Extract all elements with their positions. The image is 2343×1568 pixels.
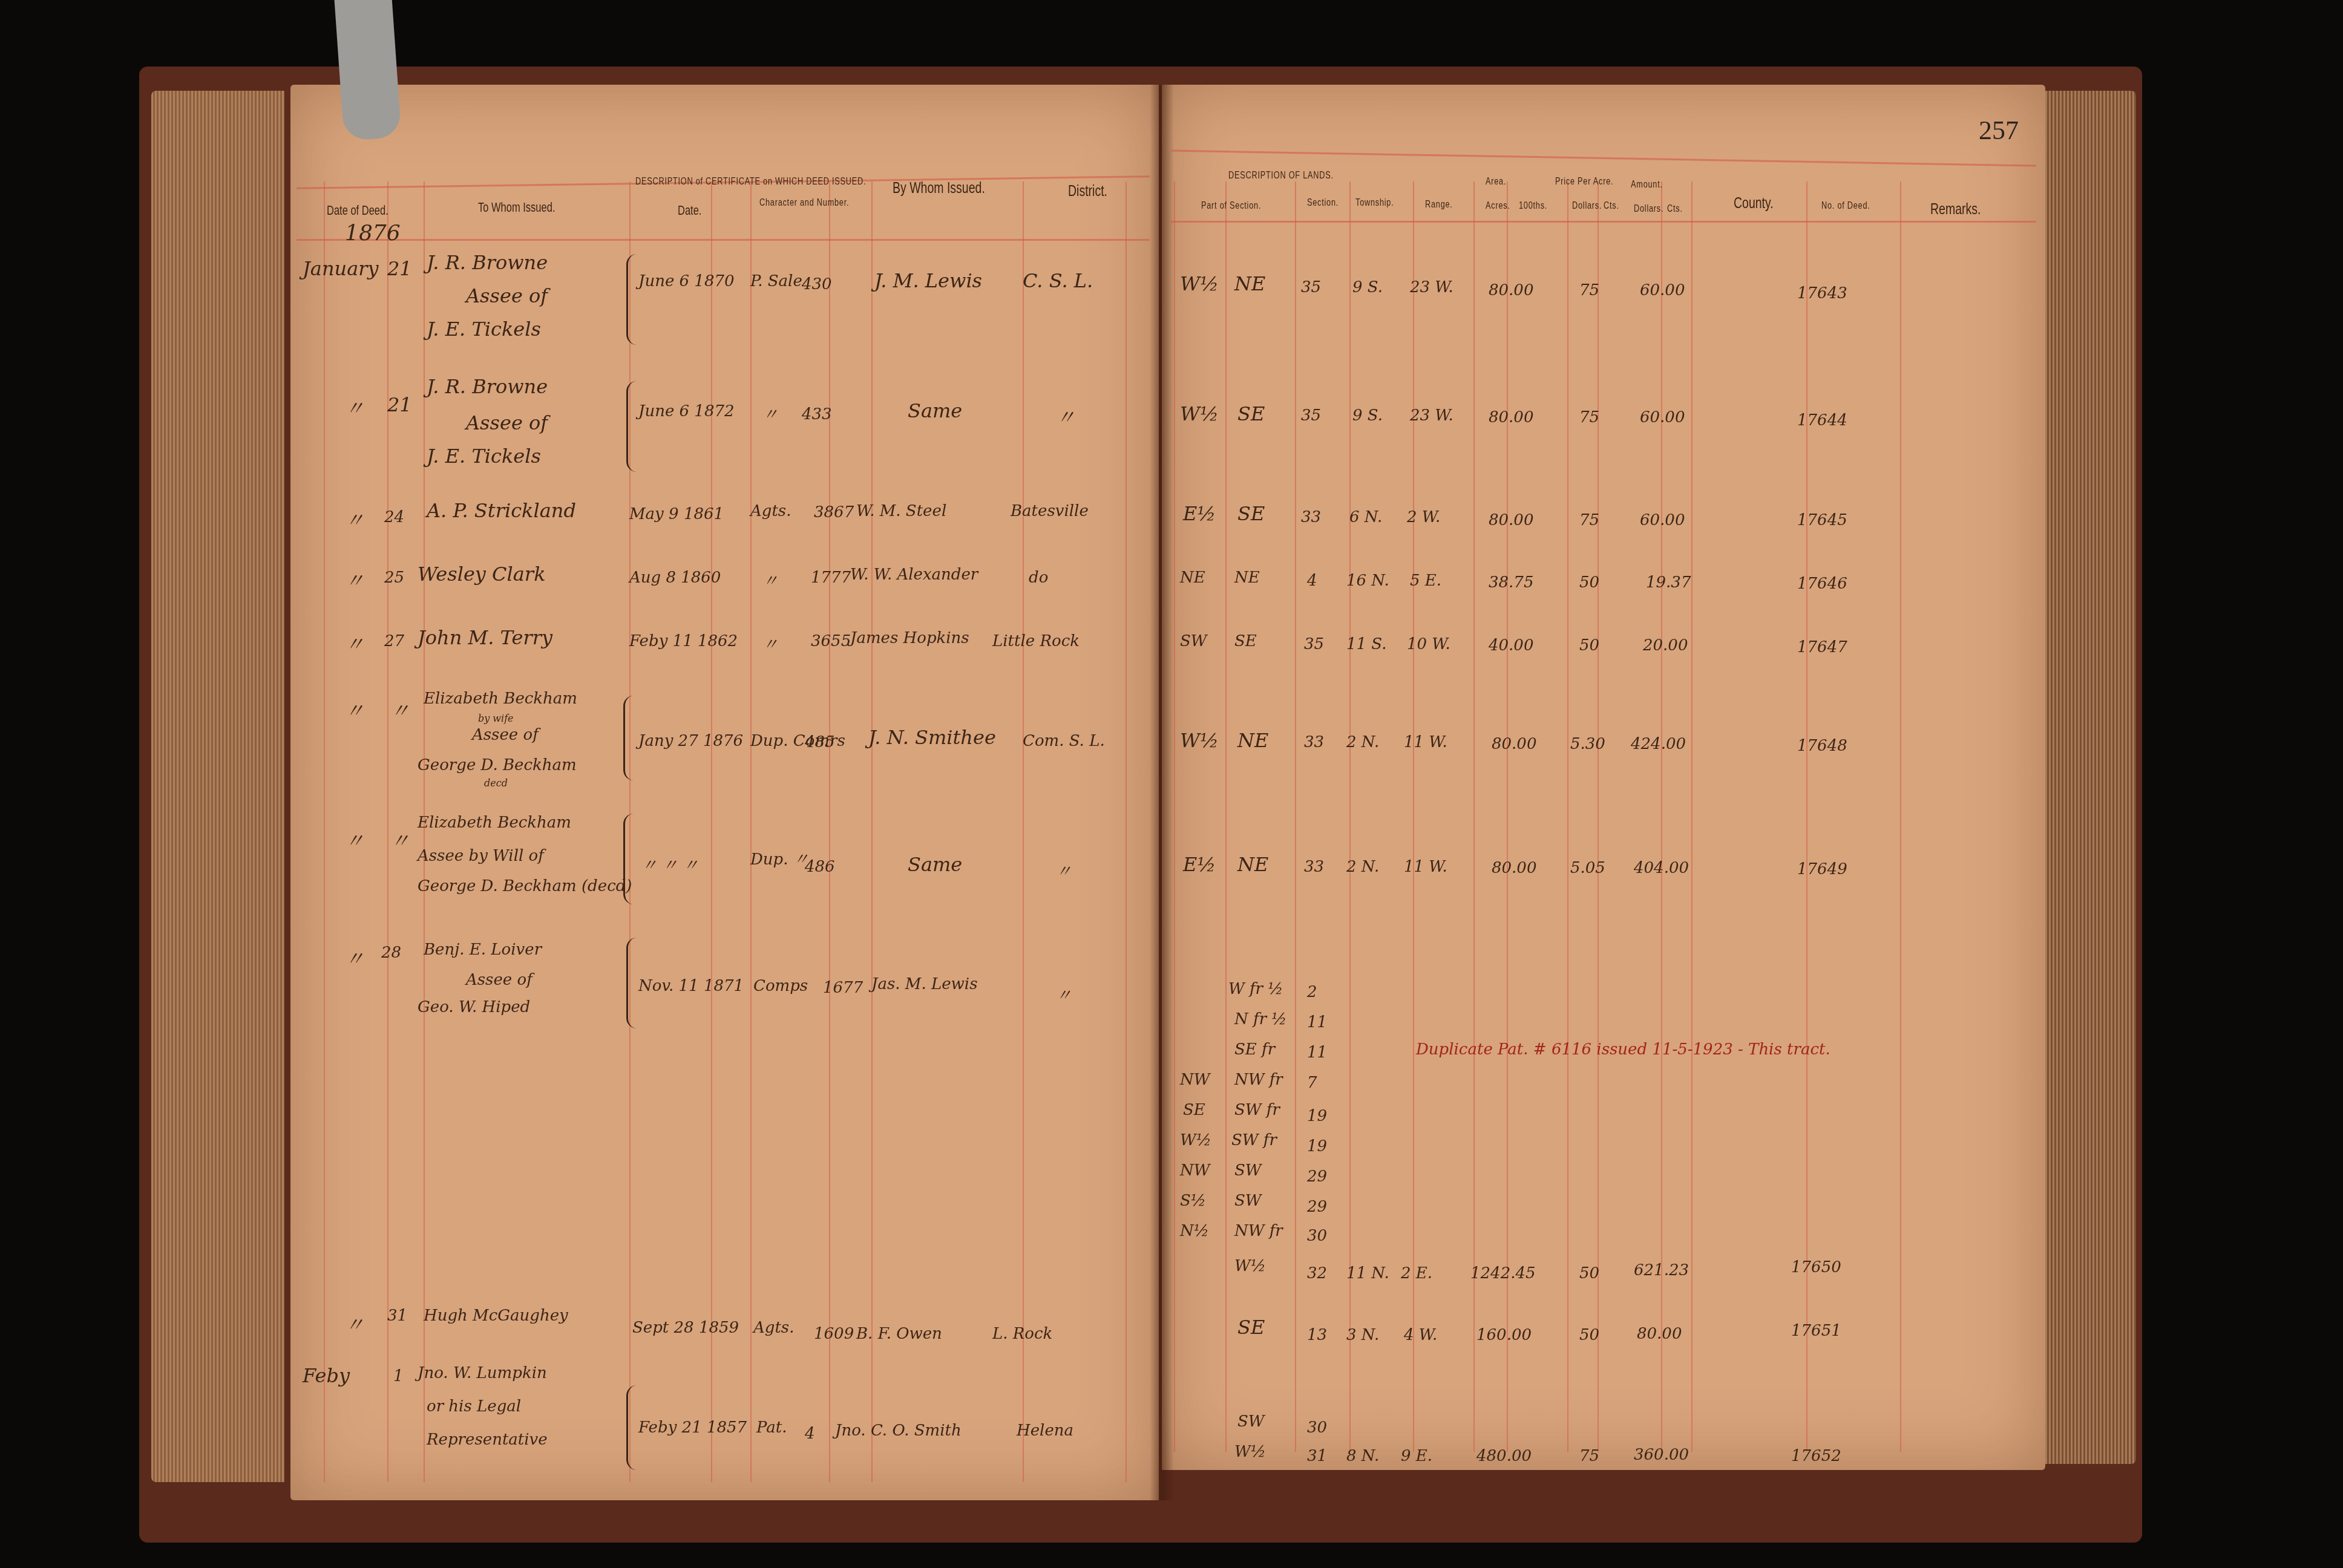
- header-lands-group: DESCRIPTION OF LANDS.: [1228, 169, 1334, 181]
- entry-acres: 80.00: [1489, 511, 1533, 529]
- entry-quarter: SE: [1237, 502, 1265, 525]
- entry-range: 11 W.: [1404, 733, 1447, 751]
- header-character-number: Character and Number.: [759, 197, 849, 209]
- entry-township: 9 S.: [1352, 407, 1383, 425]
- entry-amount: 20.00: [1643, 636, 1688, 655]
- tract-quarter: NW fr: [1234, 1071, 1283, 1089]
- tract-amount: 621.23: [1634, 1261, 1689, 1279]
- entry-price: 75: [1579, 281, 1599, 299]
- entry-grantee-line: J. E. Tickels: [427, 445, 541, 468]
- entry-range: 11 W.: [1404, 858, 1447, 876]
- tract-price: 75: [1579, 1447, 1599, 1465]
- entry-character: Pat.: [756, 1419, 787, 1437]
- col-line: [387, 181, 388, 1482]
- remark-red-note: Duplicate Pat. # 6116 issued 11-5-1923 -…: [1416, 1040, 1830, 1059]
- tract-section: 19: [1307, 1137, 1327, 1155]
- entry-grantee-line: A. P. Strickland: [427, 499, 576, 522]
- entry-grantee-line: or his Legal: [427, 1397, 521, 1416]
- entry-by-whom: W. W. Alexander: [850, 566, 978, 584]
- entry-price: 50: [1579, 1326, 1599, 1344]
- tract-quarter: N fr ½: [1234, 1010, 1287, 1028]
- entry-number: 1777: [811, 569, 851, 587]
- col-line: [1900, 181, 1901, 1452]
- tract-amount: 360.00: [1634, 1446, 1689, 1464]
- tract-quarter: SW fr: [1234, 1101, 1280, 1119]
- entry-cert-date: 〃 〃 〃: [641, 853, 699, 875]
- entry-district: L. Rock: [992, 1325, 1052, 1343]
- entry-number: 1609: [814, 1325, 854, 1343]
- tract-quarter: W fr ½: [1228, 980, 1283, 998]
- entry-number: 430: [802, 275, 832, 293]
- header-area-group: Area.: [1486, 175, 1506, 188]
- tract-acres: 1242.45: [1470, 1264, 1536, 1282]
- entry-grantee-line: Hugh McGaughey: [424, 1307, 568, 1325]
- entry-cert-date: Feby 11 1862: [629, 632, 738, 650]
- entry-range: 23 W.: [1410, 278, 1453, 296]
- entry-by-whom: W. M. Steel: [856, 502, 946, 520]
- tract-township: 8 N.: [1346, 1447, 1379, 1465]
- entry-deed-no: 17646: [1797, 575, 1847, 593]
- entry-number: 433: [802, 405, 832, 423]
- brace: [623, 696, 634, 780]
- tract-part: NW: [1180, 1161, 1210, 1180]
- entry-month: 〃: [345, 505, 364, 533]
- col-line: [324, 181, 325, 1482]
- tract-part: N½: [1180, 1222, 1209, 1240]
- entry-grantee-line: Assee of: [466, 284, 548, 307]
- entry-deed-no: 17651: [1791, 1322, 1841, 1340]
- header-price-cts: Cts.: [1604, 200, 1619, 212]
- entry-grantee-note: decd: [484, 777, 508, 789]
- entry-price: 50: [1579, 573, 1599, 592]
- entry-grantee-line: Assee of: [466, 971, 532, 989]
- entry-character: 〃: [762, 569, 778, 591]
- tract-range: 9 E.: [1401, 1447, 1432, 1465]
- tract-acres: 480.00: [1476, 1447, 1532, 1465]
- tract-quarter: SE fr: [1234, 1040, 1275, 1059]
- entry-district: 〃: [1056, 983, 1072, 1005]
- entry-grantee-line: J. E. Tickels: [427, 318, 541, 341]
- entry-by-whom: Same: [908, 399, 962, 422]
- entry-part: W½: [1180, 272, 1219, 295]
- tract-section: 31: [1307, 1447, 1327, 1465]
- tract-township: 11 N.: [1346, 1264, 1389, 1282]
- entry-day: 27: [384, 632, 404, 650]
- entry-quarter: SE: [1234, 632, 1257, 650]
- col-line: [1473, 181, 1475, 1452]
- tract-part: W½: [1180, 1131, 1211, 1149]
- entry-quarter: NE: [1234, 569, 1260, 587]
- entry-part: E½: [1183, 853, 1216, 876]
- col-line: [1597, 181, 1599, 1452]
- entry-grantee-line: John M. Terry: [418, 626, 552, 649]
- entry-grantee-line: Wesley Clark: [418, 563, 546, 586]
- entry-month: 〃: [345, 944, 364, 972]
- entry-cert-date: May 9 1861: [629, 505, 724, 523]
- entry-amount: 80.00: [1637, 1325, 1682, 1343]
- left-page: [290, 85, 1159, 1500]
- entry-acres: 80.00: [1489, 281, 1533, 299]
- brace: [623, 814, 634, 904]
- entry-cert-date: June 6 1870: [638, 272, 735, 290]
- entry-range: 5 E.: [1410, 572, 1441, 590]
- entry-district: Helena: [1017, 1422, 1073, 1440]
- entry-acres: 80.00: [1489, 408, 1533, 426]
- entry-district: Com. S. L.: [1023, 732, 1105, 750]
- entry-character: Dup. 〃: [750, 847, 809, 869]
- entry-character: Agts.: [750, 502, 791, 520]
- tract-quarter: SW: [1234, 1192, 1262, 1210]
- entry-grantee-line: Benj. E. Loiver: [424, 941, 542, 959]
- header-range: Range.: [1425, 198, 1453, 211]
- col-line: [1691, 181, 1693, 1452]
- entry-acres: 80.00: [1492, 859, 1536, 877]
- tract-price: 50: [1579, 1264, 1599, 1282]
- tract-part: NW: [1180, 1071, 1210, 1089]
- entry-section: 35: [1304, 635, 1324, 653]
- entry-amount: 60.00: [1640, 408, 1685, 426]
- entry-by-whom: Same: [908, 853, 962, 876]
- header-price-dollars: Dollars.: [1572, 200, 1602, 212]
- tract-quarter: SW: [1234, 1161, 1262, 1180]
- entry-character: 〃: [762, 632, 778, 655]
- entry-acres: 40.00: [1489, 636, 1533, 655]
- entry-township: 6 N.: [1349, 508, 1382, 526]
- entry-part: NE: [1180, 569, 1205, 587]
- entry-part: W½: [1180, 402, 1219, 425]
- entry-grantee-line: Representative: [427, 1431, 548, 1449]
- entry-day: 〃: [390, 696, 410, 724]
- entry-grantee-line: Assee by Will of: [418, 847, 544, 865]
- col-line: [1507, 181, 1508, 1452]
- entry-quarter: NE: [1237, 729, 1268, 752]
- entry-acres: 80.00: [1492, 735, 1536, 753]
- tract-quarter: NW fr: [1234, 1222, 1283, 1240]
- brace: [626, 254, 637, 345]
- entry-range: 10 W.: [1407, 635, 1450, 653]
- entry-amount: 424.00: [1631, 735, 1686, 753]
- entry-section: 35: [1301, 278, 1321, 296]
- entry-by-whom: B. F. Owen: [856, 1325, 942, 1343]
- entry-quarter: NE: [1237, 853, 1268, 876]
- entry-cert-date: Jany 27 1876: [638, 732, 743, 750]
- entry-by-whom: Jas. M. Lewis: [871, 975, 978, 993]
- entry-part: W½: [1180, 729, 1219, 752]
- col-line: [829, 181, 830, 1482]
- col-line: [1349, 181, 1351, 1452]
- entry-acres: 160.00: [1476, 1326, 1532, 1344]
- entry-district: Little Rock: [992, 632, 1080, 650]
- tract-section: 11: [1307, 1013, 1327, 1031]
- entry-price: 5.30: [1570, 735, 1605, 753]
- entry-month: 〃: [345, 566, 364, 593]
- entry-price: 5.05: [1570, 859, 1605, 877]
- entry-district: Batesville: [1011, 502, 1089, 520]
- header-part-of-section: Part of Section.: [1201, 200, 1261, 212]
- header-township: Township.: [1355, 197, 1394, 209]
- tract-range: 2 E.: [1401, 1264, 1432, 1282]
- entry-amount: 60.00: [1640, 281, 1685, 299]
- entry-grantee-line: J. R. Browne: [427, 375, 548, 398]
- entry-section: 33: [1304, 733, 1324, 751]
- entry-month: 〃: [345, 629, 364, 657]
- entry-by-whom: J. N. Smithee: [868, 726, 996, 749]
- entry-month: January: [303, 257, 379, 280]
- col-line: [871, 181, 873, 1482]
- tract-section: 32: [1307, 1264, 1327, 1282]
- entry-number: 3867: [814, 503, 854, 521]
- header-no-of-deed: No. of Deed.: [1821, 200, 1870, 212]
- header-hundredths: 100ths.: [1519, 200, 1547, 212]
- entry-amount: 19.37: [1646, 573, 1691, 592]
- tract-section: 7: [1307, 1074, 1317, 1092]
- col-line: [1413, 181, 1414, 1452]
- entry-month: 〃: [345, 696, 364, 724]
- entry-grantee-line: George D. Beckham (decd): [418, 877, 632, 895]
- header-section: Section.: [1307, 197, 1339, 209]
- brace: [626, 1385, 637, 1470]
- entry-township: 9 S.: [1352, 278, 1383, 296]
- entry-acres: 38.75: [1489, 573, 1533, 592]
- entry-grantee-line: Geo. W. Hiped: [418, 998, 530, 1016]
- entry-deed-no: 17650: [1791, 1258, 1841, 1276]
- tract-quarter: W½: [1234, 1257, 1266, 1275]
- entry-section: 4: [1307, 572, 1317, 590]
- entry-district: C. S. L.: [1023, 269, 1093, 292]
- header-district: District.: [1068, 181, 1107, 200]
- page-number: 257: [1979, 115, 2019, 146]
- page-edges-right: [2045, 91, 2136, 1464]
- entry-day: 21: [387, 257, 412, 280]
- header-certificate-group: DESCRIPTION of CERTIFICATE on WHICH DEED…: [635, 175, 866, 188]
- col-line: [750, 181, 752, 1482]
- entry-number: 3655: [811, 632, 851, 650]
- tract-part: SE: [1183, 1101, 1205, 1119]
- entry-grantee-line: George D. Beckham: [418, 756, 577, 774]
- entry-range: 2 W.: [1407, 508, 1440, 526]
- entry-deed-no: 17643: [1797, 284, 1847, 302]
- entry-quarter: SE: [1237, 402, 1265, 425]
- entry-quarter: NE: [1234, 272, 1265, 295]
- entry-cert-date: Nov. 11 1871: [638, 977, 744, 995]
- metal-bookmark: [333, 0, 401, 141]
- entry-day: 24: [384, 508, 404, 526]
- entry-township: 16 N.: [1346, 572, 1389, 590]
- book-gutter: [1150, 85, 1174, 1500]
- header-date-of-deed: Date of Deed.: [327, 203, 388, 218]
- entry-by-whom: Jno. C. O. Smith: [835, 1422, 962, 1440]
- brace: [626, 938, 637, 1028]
- entry-month: 〃: [345, 393, 364, 421]
- entry-cert-date: Feby 21 1857: [638, 1419, 747, 1437]
- header-amount-dollars: Dollars.: [1634, 203, 1663, 215]
- header-year: 1876: [345, 221, 401, 246]
- entry-quarter: SE: [1237, 1316, 1265, 1339]
- entry-month: 〃: [345, 826, 364, 854]
- entry-amount: 404.00: [1634, 859, 1689, 877]
- col-line: [1295, 181, 1296, 1452]
- entry-cert-date: Aug 8 1860: [629, 569, 721, 587]
- entry-deed-no: 17652: [1791, 1447, 1841, 1465]
- entry-grantee-line: Assee of: [466, 411, 548, 434]
- entry-by-whom: J. M. Lewis: [874, 269, 982, 292]
- right-page: [1162, 85, 2045, 1470]
- header-county: County.: [1734, 194, 1774, 212]
- entry-district: do: [1029, 569, 1048, 587]
- entry-deed-no: 17649: [1797, 860, 1847, 878]
- entry-number: 4: [805, 1425, 815, 1443]
- col-line: [424, 181, 425, 1482]
- col-line: [1567, 181, 1568, 1452]
- entry-deed-no: 17647: [1797, 638, 1847, 656]
- col-line: [711, 181, 712, 1482]
- tract-part: S½: [1180, 1192, 1206, 1210]
- tract-section: 29: [1307, 1168, 1327, 1186]
- entry-grantee-line: Elizabeth Beckham: [424, 690, 577, 708]
- entry-grantee-note: by wife: [478, 713, 514, 724]
- header-remarks: Remarks.: [1930, 200, 1981, 218]
- header-amount-group: Amount.: [1631, 178, 1663, 191]
- brace: [626, 381, 637, 472]
- entry-deed-no: 17648: [1797, 737, 1847, 755]
- tract-section: 2: [1307, 983, 1317, 1001]
- entry-number: 485: [805, 733, 835, 751]
- entry-part: E½: [1183, 502, 1216, 525]
- entry-month: 〃: [345, 1310, 364, 1338]
- page-edges-left: [151, 91, 284, 1482]
- entry-amount: 60.00: [1640, 511, 1685, 529]
- tract-section: 19: [1307, 1107, 1327, 1125]
- entry-range: 23 W.: [1410, 407, 1453, 425]
- header-bottom-rule-right: [1171, 221, 2036, 223]
- entry-grantee-line: Jno. W. Lumpkin: [418, 1364, 547, 1382]
- entry-section: 13: [1307, 1326, 1327, 1344]
- entry-character: Agts.: [753, 1319, 794, 1337]
- entry-range: 4 W.: [1404, 1326, 1437, 1344]
- tract-quarter: SW fr: [1231, 1131, 1277, 1149]
- entry-township: 3 N.: [1346, 1326, 1379, 1344]
- entry-cert-date: Sept 28 1859: [632, 1319, 739, 1337]
- entry-character: Comps: [753, 977, 808, 995]
- tract-section: 30: [1307, 1419, 1327, 1437]
- entry-grantee-line: Assee of: [472, 726, 539, 744]
- entry-day: 31: [387, 1307, 407, 1325]
- header-by-whom-issued: By Whom Issued.: [893, 178, 985, 197]
- entry-price: 50: [1579, 636, 1599, 655]
- entry-township: 2 N.: [1346, 733, 1379, 751]
- tract-quarter: W½: [1234, 1443, 1266, 1461]
- tract-quarter: SW: [1237, 1413, 1265, 1431]
- header-cert-date: Date.: [678, 203, 701, 218]
- entry-township: 11 S.: [1346, 635, 1387, 653]
- tract-section: 29: [1307, 1198, 1327, 1216]
- entry-day: 25: [384, 569, 404, 587]
- entry-section: 33: [1304, 858, 1324, 876]
- entry-number: 1677: [823, 979, 863, 997]
- header-amount-cts: Cts.: [1667, 203, 1683, 215]
- col-line: [1225, 181, 1227, 1452]
- entry-section: 33: [1301, 508, 1321, 526]
- entry-character: 〃: [762, 402, 778, 425]
- entry-cert-date: June 6 1872: [638, 402, 735, 420]
- entry-section: 35: [1301, 407, 1321, 425]
- entry-part: SW: [1180, 632, 1207, 650]
- entry-by-whom: James Hopkins: [850, 629, 969, 647]
- entry-district: 〃: [1056, 859, 1072, 881]
- entry-day: 21: [387, 393, 412, 416]
- entry-number: 486: [805, 858, 835, 876]
- col-line: [1023, 181, 1024, 1482]
- col-line: [1126, 181, 1127, 1482]
- tract-section: 11: [1307, 1044, 1327, 1062]
- header-acres: Acres.: [1486, 200, 1510, 212]
- entry-deed-no: 17644: [1797, 411, 1847, 430]
- header-price-group: Price Per Acre.: [1555, 175, 1613, 188]
- col-line: [1174, 181, 1175, 1452]
- entry-day: 1: [393, 1367, 404, 1385]
- entry-day: 28: [381, 944, 401, 962]
- entry-character: P. Sale: [750, 272, 802, 290]
- tract-section: 30: [1307, 1227, 1327, 1245]
- entry-price: 75: [1579, 511, 1599, 529]
- entry-day: 〃: [390, 826, 410, 854]
- entry-deed-no: 17645: [1797, 511, 1847, 529]
- entry-grantee-line: J. R. Browne: [427, 251, 548, 274]
- entry-price: 75: [1579, 408, 1599, 426]
- entry-month: Feby: [303, 1364, 350, 1387]
- header-to-whom-issued: To Whom Issued.: [478, 200, 555, 215]
- entry-grantee-line: Elizabeth Beckham: [418, 814, 571, 832]
- entry-district: 〃: [1056, 402, 1075, 430]
- entry-township: 2 N.: [1346, 858, 1379, 876]
